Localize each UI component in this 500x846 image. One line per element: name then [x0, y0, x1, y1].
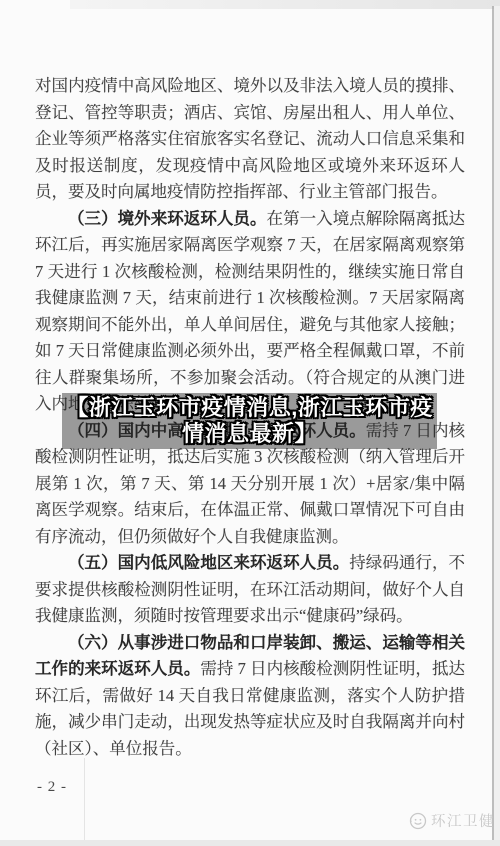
scan-edge-right-line — [492, 6, 494, 840]
document-line: 7 天进行 1 次核酸检测，检测结果阴性的，继续实施日常自 — [35, 259, 465, 286]
document-line: （社区）、单位报告。 — [35, 736, 465, 763]
document-text-segment: 如 7 天日常健康监测必须外出，要严格全程佩戴口罩，不前 — [35, 341, 465, 360]
document-text-segment: 在第一入境点解除隔离抵达 — [267, 209, 465, 228]
scan-edge-top — [70, 0, 500, 9]
document-line: （三）境外来环返环人员。在第一入境点解除隔离抵达 — [35, 206, 465, 233]
document-text-segment: （社区）、单位报告。 — [35, 739, 192, 758]
document-line: 有序流动，但仍须做好个人自我健康监测。 — [35, 524, 465, 551]
watermark-logo-icon — [409, 812, 427, 830]
document-text-segment: 往人群聚集场所，不参加聚会活动。（符合规定的从澳门进 — [35, 368, 465, 387]
document-line: 展第 1 次，第 7 天、第 14 天分别开展 1 次）+居家/集中隔 — [35, 471, 465, 498]
document-line: 环江后，再实施居家隔离医学观察 7 天，在居家隔离观察第 — [35, 232, 465, 259]
document-text-segment: 持绿码通行，不 — [349, 553, 465, 572]
document-text-segment: 观察期间不能外出，单人单间居住，避免与其他家人接触； — [35, 315, 465, 334]
document-text-segment: 有序流动，但仍须做好个人自我健康监测。 — [35, 527, 349, 546]
document-line: 企业等须严格落实住宿旅客实名登记、流动人口信息采集和 — [35, 126, 465, 153]
document-line: 我健康监测 7 天，结束前进行 1 次核酸检测。7 天居家隔离 — [35, 285, 465, 312]
document-text-segment: 需持 7 日内核酸检测阴性证明，抵达 — [200, 659, 465, 678]
document-text-segment: 展第 1 次，第 7 天、第 14 天分别开展 1 次）+居家/集中隔 — [35, 474, 465, 493]
document-heading-segment: 工作的来环返环人员。 — [35, 659, 200, 678]
document-text-segment: 我健康监测 7 天，结束前进行 1 次核酸检测。7 天居家隔离 — [35, 288, 465, 307]
document-text-segment: 环江后，需做好 14 天自我日常健康监测，落实个人防护措 — [35, 686, 465, 705]
document-line: 对国内疫情中高风险地区、境外以及非法入境人员的摸排、 — [35, 73, 465, 100]
overlay-title-line1: 【浙江玉环市疫情消息,浙江玉环市疫 — [66, 395, 433, 421]
document-line: 员，要及时向属地疫情防控指挥部、行业主管部门报告。 — [35, 179, 465, 206]
document-heading-segment: （三）境外来环返环人员。 — [68, 209, 267, 228]
overlay-title-banner: 【浙江玉环市疫情消息,浙江玉环市疫 情消息最新】 — [62, 393, 437, 449]
scanned-document-page: 对国内疫情中高风险地区、境外以及非法入境人员的摸排、登记、管控等职责；酒店、宾馆… — [0, 0, 500, 846]
document-line: （六）从事涉进口物品和口岸装卸、搬运、运输等相关 — [35, 630, 465, 657]
document-heading-segment: （五）国内低风险地区来环返环人员。 — [68, 553, 349, 572]
document-text-segment: 登记、管控等职责；酒店、宾馆、房屋出租人、用人单位、 — [35, 103, 465, 122]
document-line: 如 7 天日常健康监测必须外出，要严格全程佩戴口罩，不前 — [35, 338, 465, 365]
overlay-title-line2: 情消息最新】 — [182, 421, 317, 447]
document-line: 登记、管控等职责；酒店、宾馆、房屋出租人、用人单位、 — [35, 100, 465, 127]
document-line: 观察期间不能外出，单人单间居住，避免与其他家人接触； — [35, 312, 465, 339]
document-text-segment: 7 天进行 1 次核酸检测，检测结果阴性的，继续实施日常自 — [35, 262, 465, 281]
scan-edge-right-margin — [494, 6, 500, 840]
document-text-segment: 酸检测阴性证明，抵达后实施 3 次核酸检测（纳入管理后开 — [35, 447, 465, 466]
document-text-segment: 要求提供核酸检测阴性证明，在环江活动期间，做好个人自 — [35, 580, 465, 599]
document-line: 我健康监测，须随时按管理要求出示“健康码”绿码。 — [35, 603, 465, 630]
watermark-text: 环江卫健 — [431, 810, 495, 831]
document-line: 环江后，需做好 14 天自我日常健康监测，落实个人防护措 — [35, 683, 465, 710]
document-text-segment: 施，减少串门走动，出现发热等症状应及时自我隔离并向村 — [35, 712, 465, 731]
document-line: 要求提供核酸检测阴性证明，在环江活动期间，做好个人自 — [35, 577, 465, 604]
document-line: （五）国内低风险地区来环返环人员。持绿码通行，不 — [35, 550, 465, 577]
watermark: 环江卫健 — [409, 810, 495, 831]
document-text-segment: 我健康监测，须随时按管理要求出示“健康码”绿码。 — [35, 606, 413, 625]
document-text-segment: 及时报送制度，发现疫情中高风险地区或境外来环返环人 — [35, 156, 465, 175]
document-heading-segment: （六）从事涉进口物品和口岸装卸、搬运、运输等相关 — [68, 633, 465, 652]
document-line: 施，减少串门走动，出现发热等症状应及时自我隔离并向村 — [35, 709, 465, 736]
document-line: 工作的来环返环人员。需持 7 日内核酸检测阴性证明，抵达 — [35, 656, 465, 683]
document-text-segment: 企业等须严格落实住宿旅客实名登记、流动人口信息采集和 — [35, 129, 465, 148]
document-text-segment: 员，要及时向属地疫情防控指挥部、行业主管部门报告。 — [35, 182, 448, 201]
page-number: - 2 - — [37, 779, 67, 796]
scan-fold-line — [84, 758, 85, 840]
scan-edge-bottom — [0, 840, 500, 846]
document-text-segment: 环江后，再实施居家隔离医学观察 7 天，在居家隔离观察第 — [35, 235, 465, 254]
document-line: 往人群聚集场所，不参加聚会活动。（符合规定的从澳门进 — [35, 365, 465, 392]
document-line: 及时报送制度，发现疫情中高风险地区或境外来环返环人 — [35, 153, 465, 180]
document-text-segment: 离医学观察。结束后，在体温正常、佩戴口罩情况下可自由 — [35, 500, 465, 519]
document-text-segment: 对国内疫情中高风险地区、境外以及非法入境人员的摸排、 — [35, 76, 465, 95]
document-line: 离医学观察。结束后，在体温正常、佩戴口罩情况下可自由 — [35, 497, 465, 524]
